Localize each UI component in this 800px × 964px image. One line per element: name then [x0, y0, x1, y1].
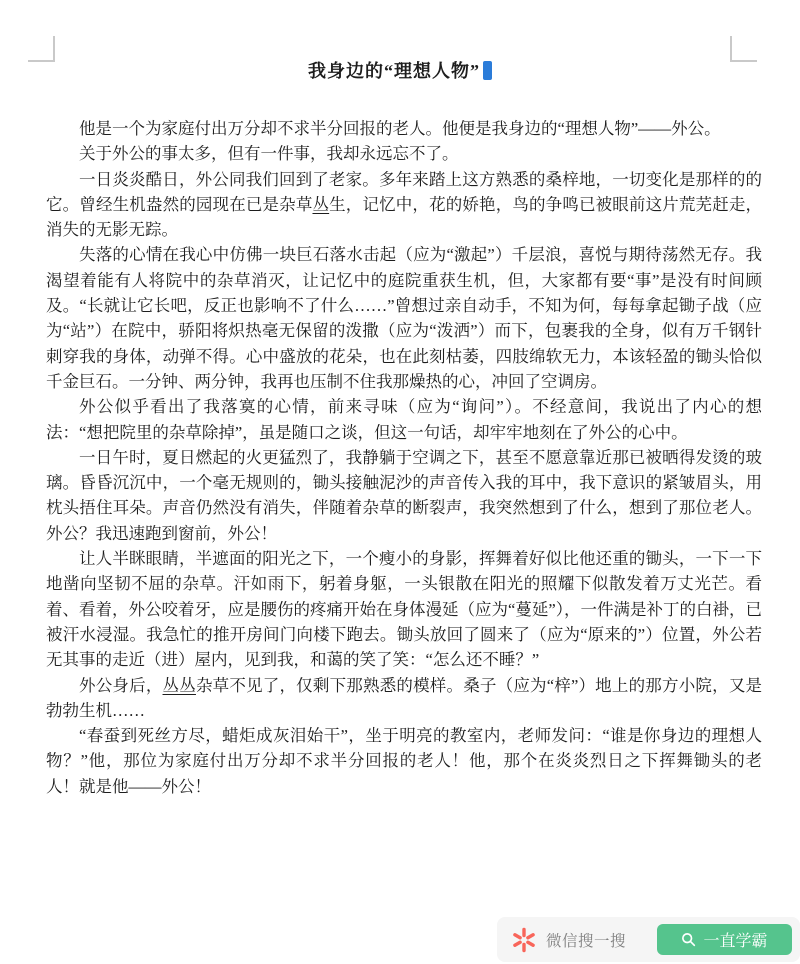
underlined-word: 丛: [312, 195, 329, 214]
wechat-spark-icon: [511, 927, 537, 953]
magnifier-icon: [681, 932, 696, 947]
watermark-search-badge[interactable]: 一直学霸: [657, 924, 792, 955]
paragraph-mark-icon: [483, 61, 492, 80]
paragraph-text: 失落的心情在我心中仿佛一块巨石落水击起（应为“激起”）千层浪，喜悦与期待荡然无存…: [46, 245, 762, 390]
essay-paragraph: 一日午时，夏日燃起的火更猛烈了，我静躺于空调之下，甚至不愿意靠近那已被晒得发烫的…: [46, 445, 762, 546]
underlined-word: 丛丛: [163, 676, 196, 695]
paragraph-text: 让人半眯眼睛，半遮面的阳光之下，一个瘦小的身影，挥舞着好似比他还重的锄头，一下一…: [46, 549, 762, 669]
paragraph-text: 一日午时，夏日燃起的火更猛烈了，我静躺于空调之下，甚至不愿意靠近那已被晒得发烫的…: [46, 448, 762, 543]
essay-paragraph: 他是一个为家庭付出万分却不求半分回报的老人。他便是我身边的“理想人物”——外公。: [46, 116, 762, 141]
paragraph-text: 外公身后，: [79, 676, 163, 695]
text-boundary-mark-top-right: [730, 36, 757, 62]
essay-paragraph: 外公似乎看出了我落寞的心情，前来寻味（应为“询问”）。不经意间，我说出了内心的想…: [46, 394, 762, 445]
essay-paragraph: “春蚕到死丝方尽，蜡炬成灰泪始干”，坐于明亮的教室内，老师发问：“谁是你身边的理…: [46, 723, 762, 799]
essay-paragraph: 一日炎炎酷日，外公同我们回到了老家。多年来踏上这方熟悉的桑梓地，一切变化是那样的…: [46, 167, 762, 243]
essay-paragraph: 关于外公的事太多，但有一件事，我却永远忘不了。: [46, 141, 762, 166]
watermark-bar: 微信搜一搜 一直学霸: [497, 917, 800, 962]
paragraph-text: 外公似乎看出了我落寞的心情，前来寻味（应为“询问”）。不经意间，我说出了内心的想…: [46, 397, 762, 441]
paragraph-text: 他是一个为家庭付出万分却不求半分回报的老人。他便是我身边的“理想人物”——外公。: [79, 119, 721, 138]
essay-paragraph: 外公身后，丛丛杂草不见了，仅剩下那熟悉的模样。桑子（应为“梓”）地上的那方小院，…: [46, 673, 762, 724]
essay-paragraph: 让人半眯眼睛，半遮面的阳光之下，一个瘦小的身影，挥舞着好似比他还重的锄头，一下一…: [46, 546, 762, 672]
paragraph-text: “春蚕到死丝方尽，蜡炬成灰泪始干”，坐于明亮的教室内，老师发问：“谁是你身边的理…: [46, 726, 762, 796]
essay-title: 我身边的“理想人物”: [0, 57, 800, 83]
watermark-badge-label: 一直学霸: [703, 928, 767, 951]
essay-body: 他是一个为家庭付出万分却不求半分回报的老人。他便是我身边的“理想人物”——外公。…: [0, 116, 800, 799]
essay-title-text: 我身边的“理想人物”: [308, 61, 480, 81]
watermark-brand-label: 微信搜一搜: [546, 929, 626, 951]
paragraph-text: 关于外公的事太多，但有一件事，我却永远忘不了。: [79, 144, 459, 163]
document-page: 我身边的“理想人物” 他是一个为家庭付出万分却不求半分回报的老人。他便是我身边的…: [0, 0, 800, 964]
essay-paragraph: 失落的心情在我心中仿佛一块巨石落水击起（应为“激起”）千层浪，喜悦与期待荡然无存…: [46, 242, 762, 394]
text-boundary-mark-top-left: [28, 36, 55, 62]
